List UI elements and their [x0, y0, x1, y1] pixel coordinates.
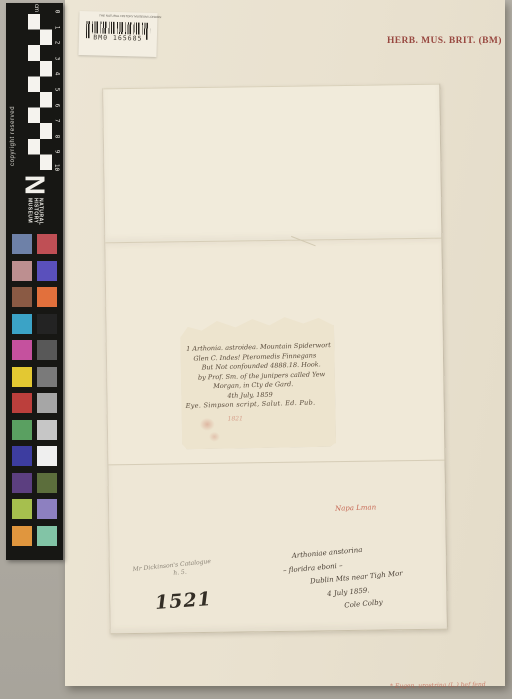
photo-backdrop: HERB. MUS. BRIT. (BM) THE NATURAL HISTOR… [0, 0, 512, 699]
color-swatch [37, 287, 57, 307]
herbarium-stamp: HERB. MUS. BRIT. (BM) [387, 36, 502, 46]
ruler-checker-scale [28, 14, 52, 170]
barcode-label: THE NATURAL HISTORY MUSEUM LONDON BM0 16… [78, 11, 157, 57]
ruler-number: 6 [53, 103, 60, 107]
color-swatch [12, 340, 32, 360]
ruler-number: 1 [53, 25, 60, 29]
stain-mark [209, 432, 220, 442]
color-chart-row [12, 473, 57, 493]
nhm-logo-letter: N [22, 175, 48, 195]
stain-mark [200, 418, 215, 431]
color-chart-row [12, 287, 57, 307]
ruler-numbers: 012345678910 [53, 8, 60, 171]
color-chart-row [12, 393, 57, 413]
color-swatch [12, 473, 32, 493]
color-swatch [37, 446, 57, 466]
color-swatch [12, 314, 32, 334]
barcode-caption: THE NATURAL HISTORY MUSEUM LONDON [99, 14, 138, 18]
color-swatch [12, 287, 32, 307]
cm-unit-label: cm [33, 4, 39, 12]
color-swatch [12, 234, 32, 254]
color-swatch [37, 420, 57, 440]
color-swatch [37, 234, 57, 254]
ruler-number: 7 [53, 119, 60, 123]
color-calibration-chart [12, 234, 57, 546]
barcode-number: BM0 165685 [90, 33, 145, 42]
color-swatch [37, 340, 57, 360]
nhm-logo-words: NATURALHISTORYMUSEUM [26, 198, 43, 225]
color-swatch [12, 446, 32, 466]
ruler-number: 10 [53, 164, 60, 171]
color-swatch [12, 526, 32, 546]
ruler-number: 5 [53, 88, 60, 92]
nhm-logo: N NATURALHISTORYMUSEUM [6, 171, 63, 229]
color-chart-row [12, 234, 57, 254]
color-swatch [37, 473, 57, 493]
nhm-logo-word: MUSEUM [26, 198, 32, 225]
color-swatch [37, 499, 57, 519]
ruler-number: 4 [53, 72, 60, 76]
color-swatch [12, 367, 32, 387]
color-chart-row [12, 367, 57, 387]
color-swatch [37, 526, 57, 546]
color-chart-row [12, 446, 57, 466]
ruler-number: 2 [53, 41, 60, 45]
nhm-logo-inner: N NATURALHISTORYMUSEUM [22, 175, 48, 226]
color-chart-row [12, 261, 57, 281]
color-chart-row [12, 420, 57, 440]
label-handwriting: 1 Arthonia. astroidea. Mountain Spiderwo… [184, 341, 332, 411]
nhm-logo-word: HISTORY [32, 198, 38, 225]
nhm-logo-word: NATURAL [37, 198, 43, 225]
ruler-number: 0 [53, 10, 60, 14]
color-swatch [37, 314, 57, 334]
collection-number: 1521 [154, 588, 212, 614]
color-swatch [12, 420, 32, 440]
ruler-number: 9 [53, 150, 60, 154]
color-chart-row [12, 526, 57, 546]
label-line: Eye. Simpson script, Salut. Ed. Pub. [186, 398, 332, 411]
label-faint-number: 1821 [228, 415, 243, 422]
color-chart-row [12, 499, 57, 519]
color-swatch [12, 499, 32, 519]
specimen-label: 1 Arthonia. astroidea. Mountain Spiderwo… [180, 314, 336, 450]
packet-top-flap [103, 84, 441, 243]
color-swatch [37, 367, 57, 387]
color-swatch [12, 393, 32, 413]
ink-annotation: Arthoniae anstorina– floridra eboni –Dub… [277, 539, 422, 618]
color-chart-row [12, 340, 57, 360]
scale-ruler-strip: cm 012345678910 copyright reserved N NAT… [6, 3, 63, 560]
corner-red-annotation: * Eugen. urostrina (L.) bef fend [390, 681, 486, 690]
herbarium-sheet: HERB. MUS. BRIT. (BM) THE NATURAL HISTOR… [65, 0, 505, 686]
color-swatch [12, 261, 32, 281]
ruler-number: 3 [53, 56, 60, 60]
red-annotation: Napa Lman [335, 503, 376, 512]
copyright-text: copyright reserved [10, 106, 16, 166]
color-swatch [37, 393, 57, 413]
color-chart-row [12, 314, 57, 334]
ruler-number: 8 [53, 134, 60, 138]
color-swatch [37, 261, 57, 281]
